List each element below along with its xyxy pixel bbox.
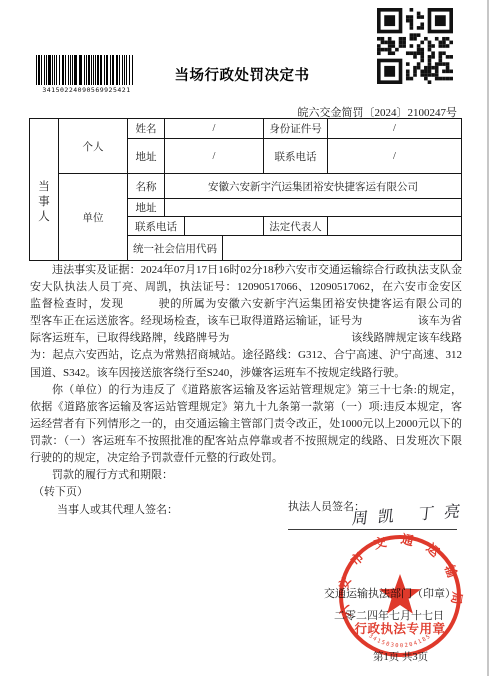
page-footer: 第1页 共3页 — [373, 649, 428, 664]
individual-name-label: 姓名 — [128, 119, 165, 139]
individual-phone-label: 联系电话 — [264, 139, 328, 174]
organization-address-label: 地址 — [128, 199, 165, 217]
seal-star-icon — [379, 574, 421, 614]
organization-legal-rep-label: 法定代表人 — [264, 217, 328, 236]
organization-address-value — [165, 199, 462, 217]
organization-legal-rep-value — [328, 217, 462, 236]
seal-bottom-text: 行政执法专用章 — [354, 621, 445, 636]
organization-group-label: 单位 — [59, 174, 128, 261]
individual-address-value: / — [165, 139, 264, 174]
decision-body: 违法事实及证据：2024年07月17日16时02分18秒六安市交通运输综合行政执… — [30, 262, 462, 484]
organization-phone-value — [185, 217, 264, 236]
qr-code — [377, 8, 453, 84]
party-side-label: 当事人 — [30, 119, 59, 261]
individual-group-label: 个人 — [59, 119, 128, 174]
organization-phone-label: 联系电话 — [128, 217, 185, 236]
payment-paragraph: 罚款的履行方式和期限： — [30, 467, 462, 484]
individual-id-label: 身份证件号 — [264, 119, 328, 139]
official-seal: 六安市交通运输局 行政执法专用章 34150300204185 — [336, 532, 464, 660]
organization-name-label: 名称 — [128, 174, 165, 199]
individual-phone-value: / — [328, 139, 462, 174]
organization-credit-code-label: 统一社会信用代码 — [128, 236, 223, 261]
party-table: 当事人 个人 姓名 / 身份证件号 / 地址 / 联系电话 / 单位 名称 安徽… — [29, 118, 462, 261]
individual-id-value: / — [328, 119, 462, 139]
organization-credit-code-value — [223, 236, 462, 261]
decision-paragraph: 你（单位）的行为违反了《道路旅客运输及客运站管理规定》第三十七条:的规定，依据《… — [30, 382, 462, 467]
individual-name-value: / — [165, 119, 264, 139]
signature-line — [288, 529, 457, 530]
individual-address-label: 地址 — [128, 139, 165, 174]
penalty-decision-document: 34150224090569925421 当场行政处罚决定书 皖六交金简罚〔20… — [0, 0, 492, 676]
officer-handwritten-signatures: 周凯 丁亮 — [351, 498, 472, 529]
facts-paragraph: 违法事实及证据：2024年07月17日16时02分18秒六安市交通运输综合行政执… — [30, 262, 462, 382]
party-signature-label: 当事人或其代理人签名： — [57, 501, 178, 517]
turn-page-note: （转下页） — [33, 483, 88, 499]
barcode-number: 34150224090569925421 — [36, 86, 137, 94]
page-edge-line — [487, 0, 489, 676]
organization-name-value: 安徽六安新宇汽运集团裕安快捷客运有限公司 — [165, 174, 462, 199]
